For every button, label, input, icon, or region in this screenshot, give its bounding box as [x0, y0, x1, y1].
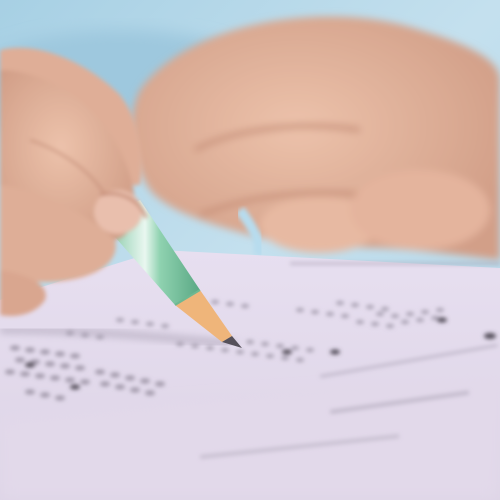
exam-photo	[0, 0, 500, 500]
photo-scene	[0, 0, 500, 500]
